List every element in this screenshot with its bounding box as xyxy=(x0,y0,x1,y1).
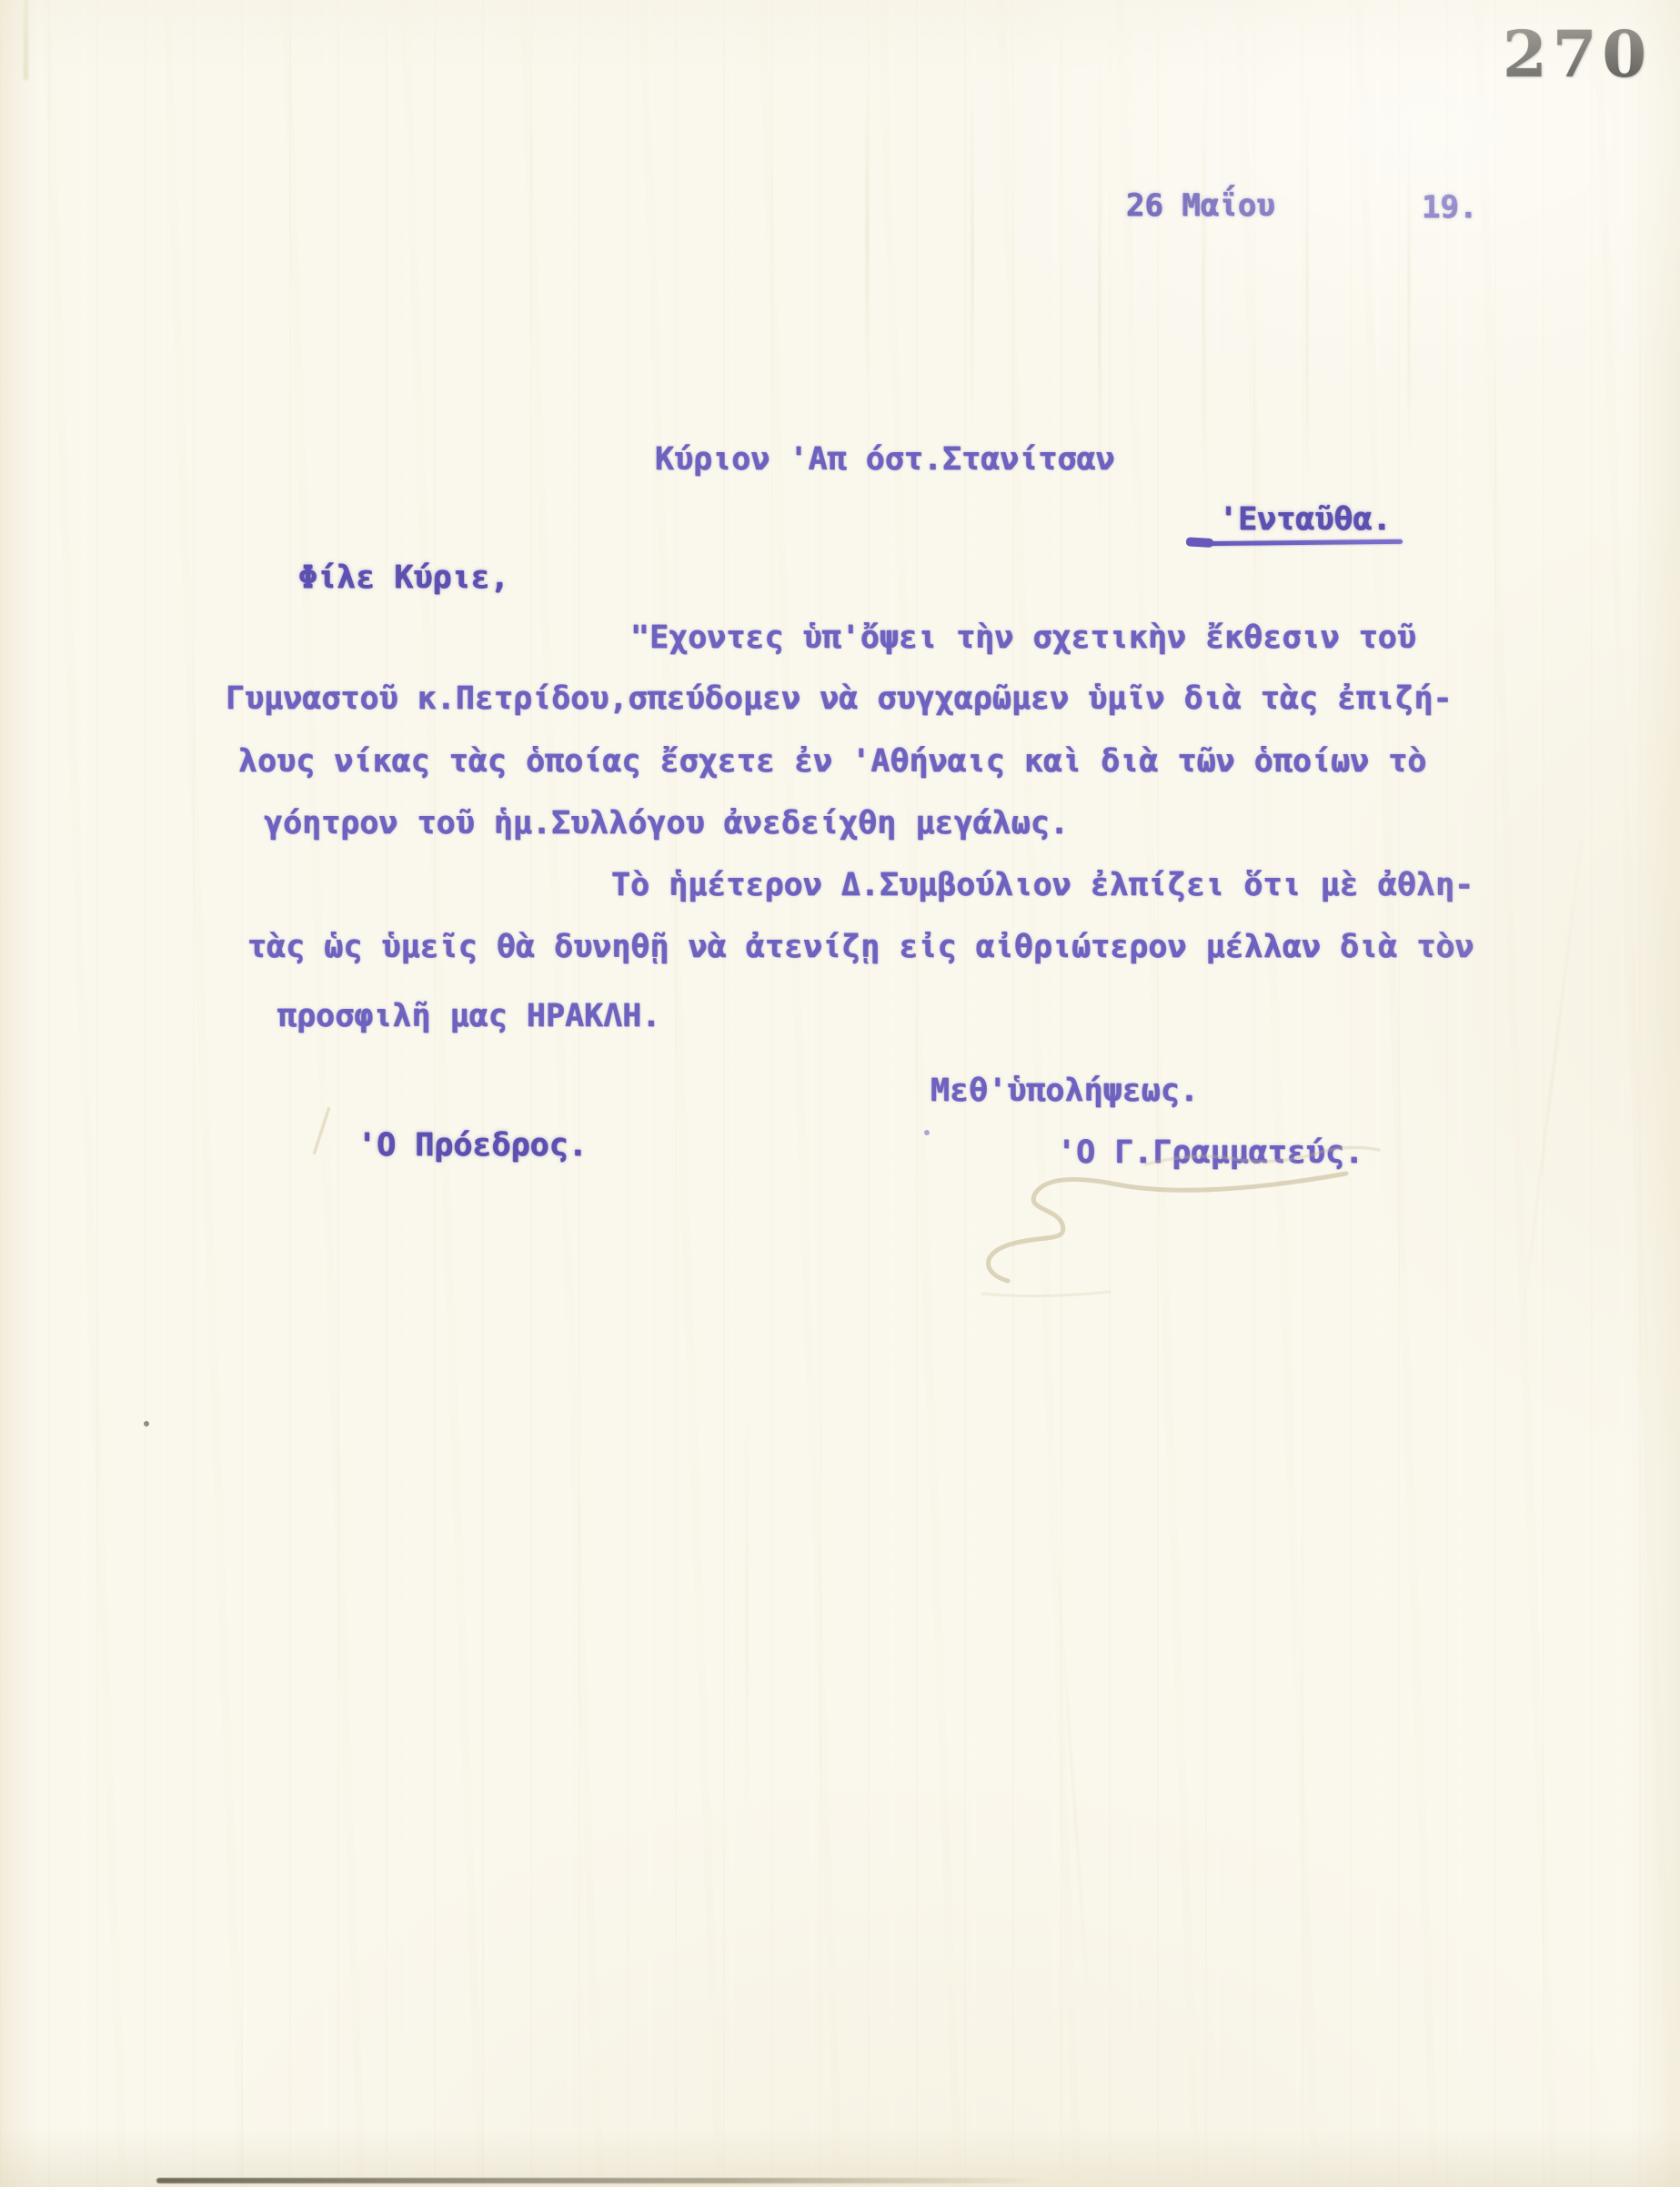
salutation: Φίλε Κύριε, xyxy=(298,557,509,599)
paper-fiber-streak xyxy=(24,0,28,80)
letter-page: 270 26 Μαΐου 19. Κύριον 'Απ όστ.Στανίτσα… xyxy=(0,0,1680,2187)
body-line: Γυμναστοῦ κ.Πετρίδου,σπεύδομεν νὰ συγχαρ… xyxy=(226,678,1453,720)
body-line: Τὸ ἡμέτερον Δ.Συμβούλιον ἐλπίζει ὅτι μὲ … xyxy=(611,864,1474,906)
date-day-month: 26 Μαΐου xyxy=(1126,185,1275,227)
body-line: "Εχοντες ὑπ'ὄψει τὴν σχετικὴν ἔκθεσιν το… xyxy=(630,617,1416,659)
paper-crease xyxy=(866,82,868,391)
body-line: προσφιλῆ μας ΗΡΑΚΛΗ. xyxy=(277,995,660,1037)
body-line: γόητρον τοῦ ἡμ.Συλλόγου ἀνεδείχθη μεγάλω… xyxy=(264,802,1069,844)
dust-speck xyxy=(144,1421,149,1426)
closing-line: Μεθ'ὑπολήψεως. xyxy=(931,1070,1199,1112)
body-line: τὰς ὡς ὑμεῖς θὰ δυνηθῇ νὰ ἀτενίζῃ εἰς αἰ… xyxy=(247,926,1474,968)
paper-crease xyxy=(1408,109,1410,455)
location-line: 'Ενταῦθα. xyxy=(1219,499,1392,540)
pencil-tick-mark xyxy=(313,1107,331,1154)
recipient-line: Κύριον 'Απ όστ.Στανίτσαν xyxy=(655,438,1115,480)
location-underline xyxy=(1201,539,1403,546)
page-bottom-edge-shadow xyxy=(156,2178,1043,2183)
paper-crease xyxy=(1306,73,1308,491)
paper-crease xyxy=(1055,1547,1092,2056)
paper-crease xyxy=(1516,802,1587,1363)
date-year: 19. xyxy=(1422,186,1477,228)
paper-crease xyxy=(971,64,973,446)
page-number-stamp: 270 xyxy=(1503,16,1652,92)
paper-crease xyxy=(1202,91,1204,482)
president-signature-label: 'Ο Πρόεδρος. xyxy=(357,1124,588,1166)
paper-crease xyxy=(746,1383,748,1856)
secretary-signature-label: 'Ο Γ.Γραμματεύς. xyxy=(1057,1132,1363,1174)
ink-speck xyxy=(924,1130,930,1135)
body-line: λους νίκας τὰς ὁποίας ἔσχετε ἐν 'Αθήναις… xyxy=(238,741,1426,782)
